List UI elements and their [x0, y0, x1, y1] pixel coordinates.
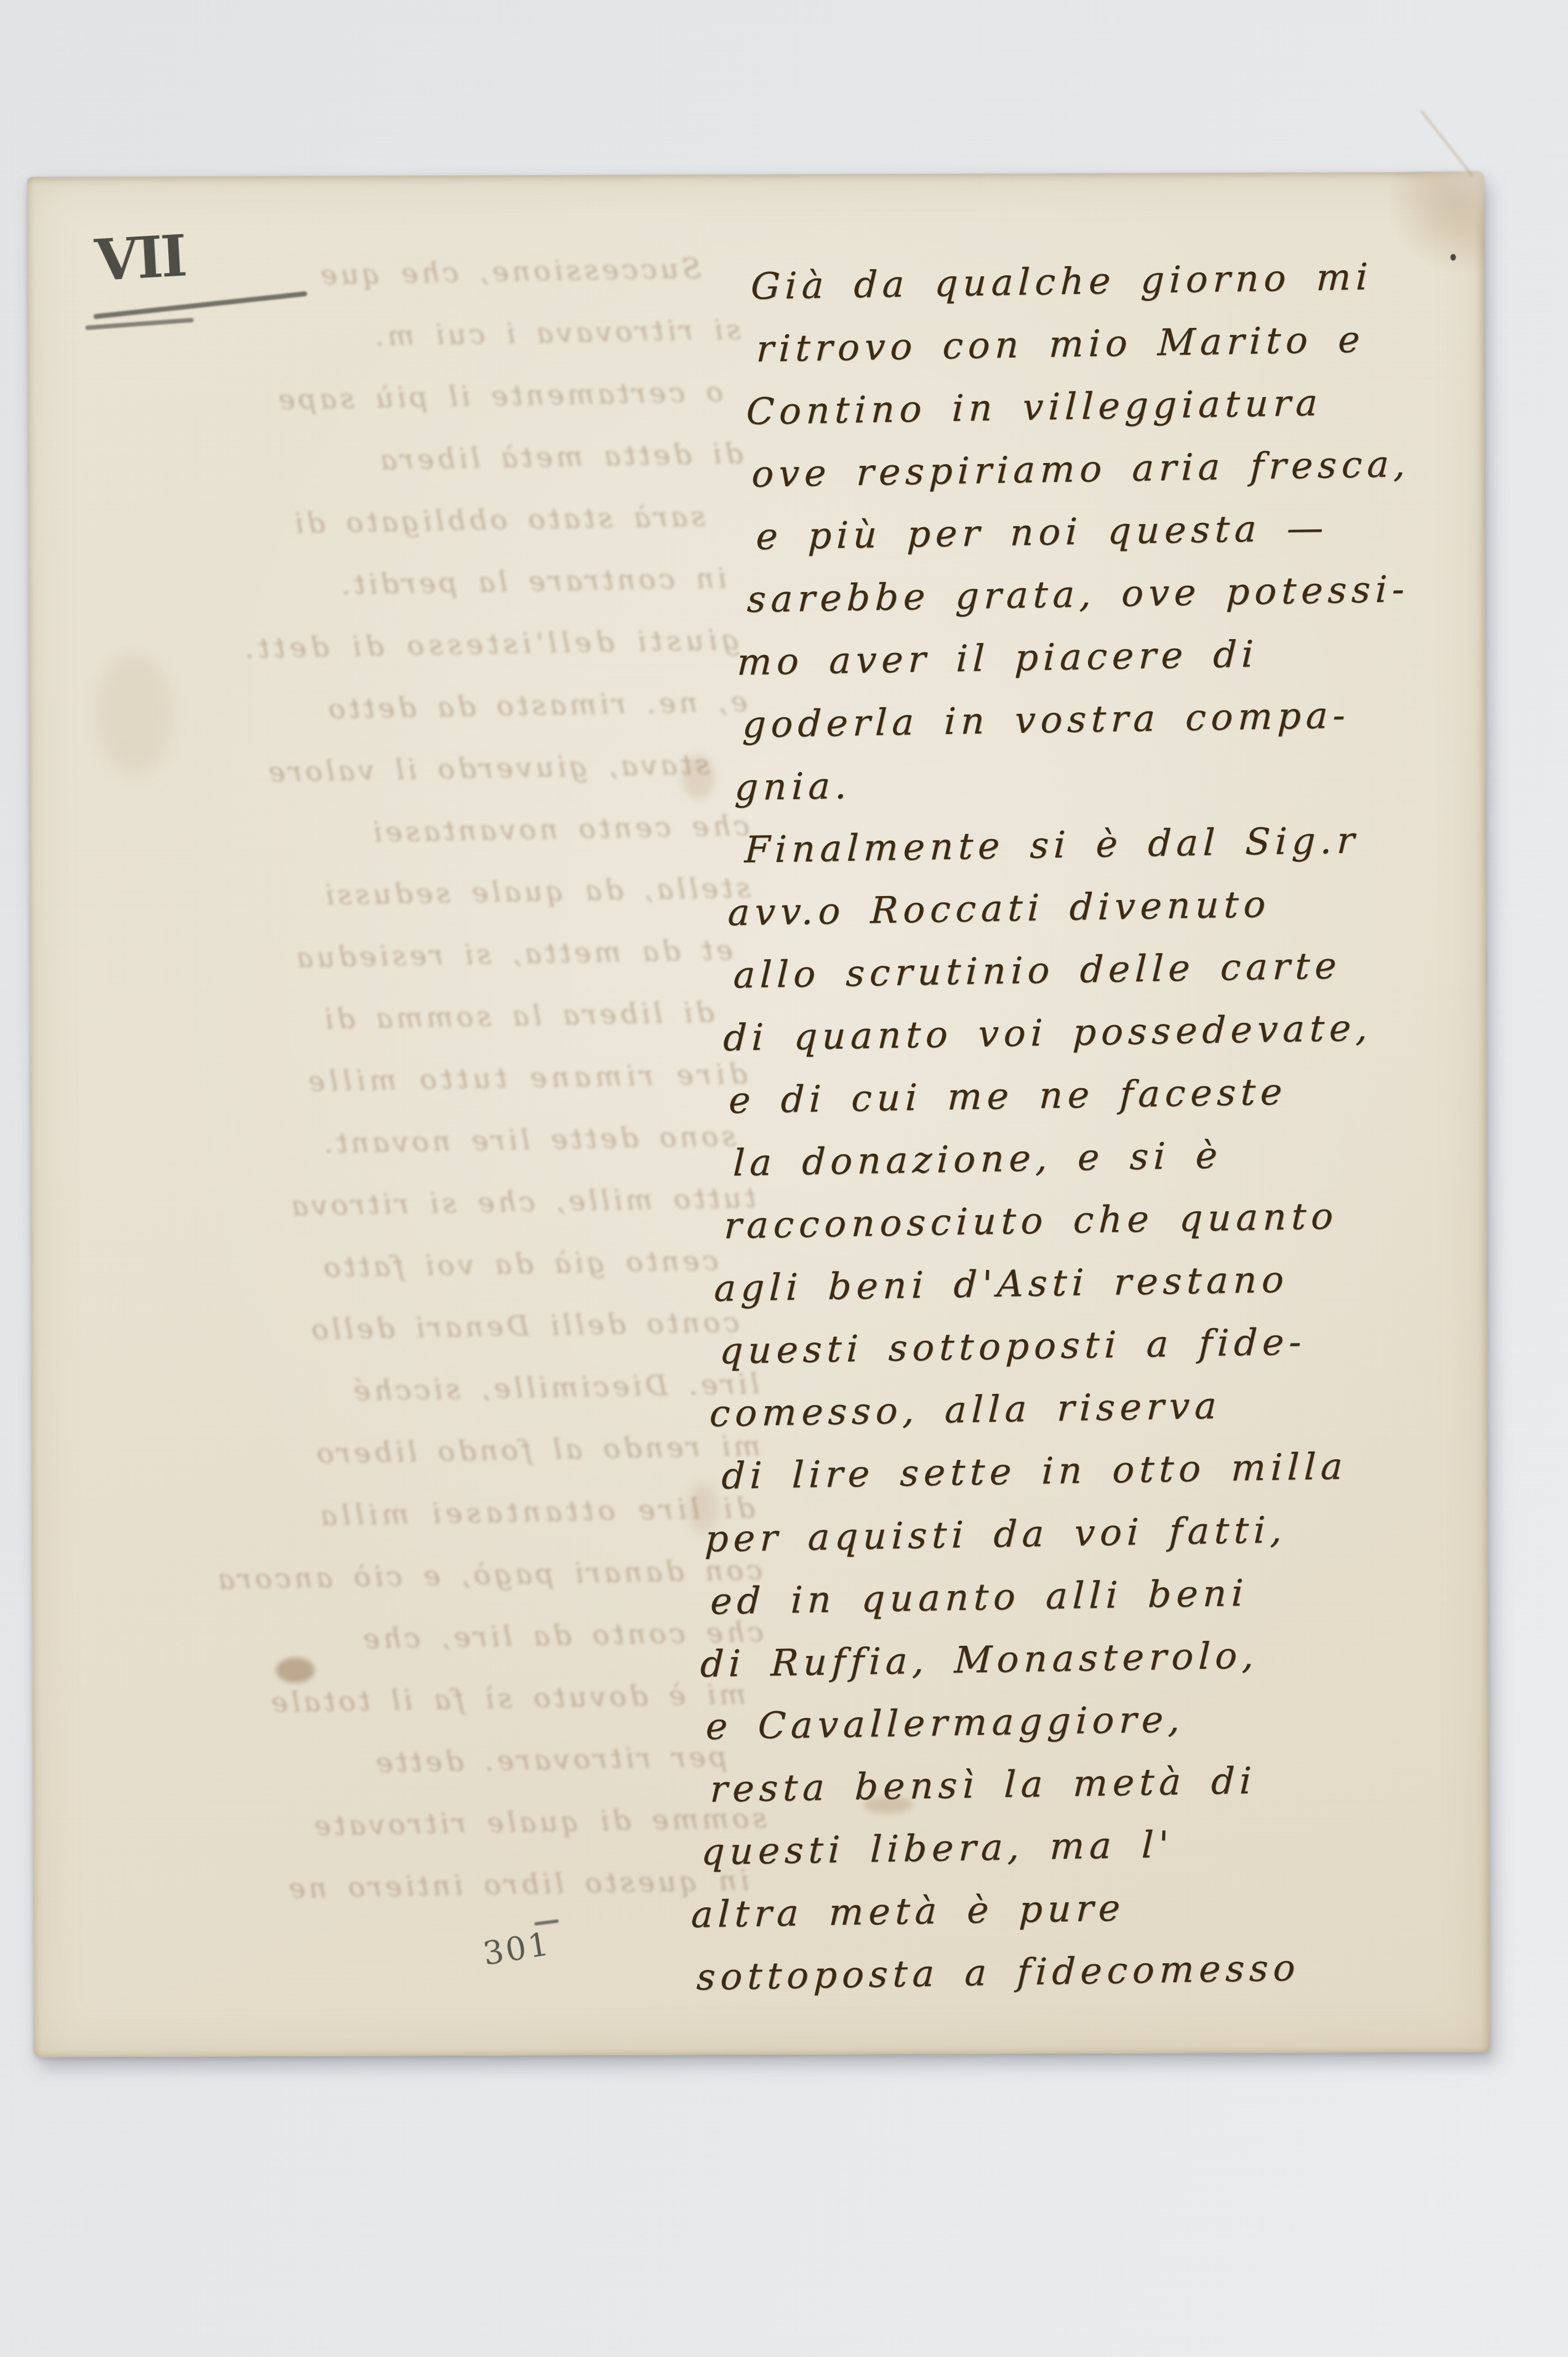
text-line: questi libera, ma l'	[700, 1809, 1464, 1883]
text-line: di lire sette in otto milla	[720, 1433, 1478, 1507]
text-line: cento già da voi fatto	[51, 1230, 719, 1304]
text-line: di quanto voi possedevate,	[722, 995, 1494, 1069]
text-line: e più per noi questa —	[755, 493, 1512, 568]
text-line: di lire ottantasei milla	[55, 1478, 756, 1552]
text-line: di libera la somma di	[47, 982, 715, 1056]
text-line: sottoposta a fidecomesso	[695, 1934, 1459, 2009]
text-line: e, ne. rimasto da detto	[41, 671, 748, 745]
text-line: ritrovo con mio Marito e	[755, 306, 1519, 380]
text-line: in questo libro intiero ne	[61, 1850, 750, 1924]
text-line: lire. Diecimille, sicché	[53, 1354, 760, 1428]
text-line: stella, da quale sedussi	[44, 857, 751, 932]
text-line: avv.o Roccati divenuto	[727, 869, 1499, 944]
text-line: giusti dell'istesso di dett.	[40, 609, 740, 683]
text-line: per aquisti da voi fatti,	[704, 1495, 1476, 1570]
text-line: questi sottoposti a fide-	[719, 1308, 1483, 1382]
folio-number-pencil: VII	[94, 228, 187, 289]
text-line: ove respiriamo aria fresca,	[751, 431, 1515, 506]
text-line: stava, giuverdo il valore	[42, 734, 710, 807]
text-line: mo aver il piacere di	[736, 619, 1508, 693]
text-line: con danari pagò, e ciò ancora	[56, 1540, 764, 1614]
text-line: racconosciuto che quanto	[723, 1182, 1487, 1257]
manuscript-sheet: Successione, che quesi ritrovava i cui m…	[27, 172, 1490, 2057]
text-line: e di cui me ne faceste	[728, 1057, 1492, 1132]
text-line: o certamente il più sape	[35, 362, 724, 436]
text-line: sono dette lire novant.	[49, 1106, 737, 1180]
corner-crease	[1420, 110, 1473, 177]
show-through-text: Successione, che quesi ritrovava i cui m…	[33, 237, 768, 1924]
text-line: tutto mille, che si ritrova	[50, 1167, 757, 1242]
text-line: e Cavallermaggiore,	[705, 1684, 1469, 1758]
letter-text: Già da qualche giorno miritrovo con mio …	[688, 243, 1521, 2009]
text-line: Contino in villeggiatura	[745, 368, 1517, 443]
text-line: resta bensì la metà di	[709, 1746, 1467, 1821]
text-line: mi rendo al fondo libero	[54, 1416, 761, 1490]
text-line: agli beni d'Asti restano	[713, 1245, 1485, 1320]
text-line: sarebbe grata, ove potessi-	[746, 556, 1510, 631]
text-line: di detta metà libera	[37, 423, 744, 497]
text-line: somme di quale ritrovate	[60, 1788, 767, 1862]
text-line: mi è dovuto sì fa il totale	[58, 1664, 746, 1738]
text-line: Finalmente si è dal Sig.r	[744, 807, 1501, 882]
text-line: ed in quanto alli beni	[709, 1558, 1473, 1633]
page-number-pencil: 301	[481, 1924, 554, 1973]
text-line: di Ruffia, Monasterolo,	[699, 1621, 1471, 1696]
text-line: allo scrutinio delle carte	[732, 932, 1496, 1007]
text-line: sarà stato obbligato di	[38, 486, 706, 560]
text-line: et da metta, si resiedua	[45, 920, 734, 994]
text-line: che cento novantasei	[43, 795, 750, 869]
text-line: altra metà è pure	[690, 1871, 1462, 1946]
text-line: dire rimane tutto mille	[48, 1043, 748, 1118]
text-line: conto delli Denari dello	[52, 1292, 740, 1366]
text-line: comesso, alla riserva	[708, 1370, 1480, 1445]
text-line: Già da qualche giorno mi	[750, 243, 1521, 318]
text-line: gnia.	[734, 744, 1503, 819]
text-line: goderla in vostra compa-	[741, 681, 1505, 756]
text-line: la donazione, e si è	[732, 1120, 1489, 1195]
paper-speck	[1451, 254, 1456, 261]
text-line: per ritrovare. dette	[59, 1726, 728, 1800]
text-line: in contrare la perdit.	[39, 548, 727, 622]
text-line: che conto da lire, che	[57, 1602, 764, 1676]
scan-canvas: { "document": { "kind": "scanned handwri…	[0, 0, 1568, 2357]
